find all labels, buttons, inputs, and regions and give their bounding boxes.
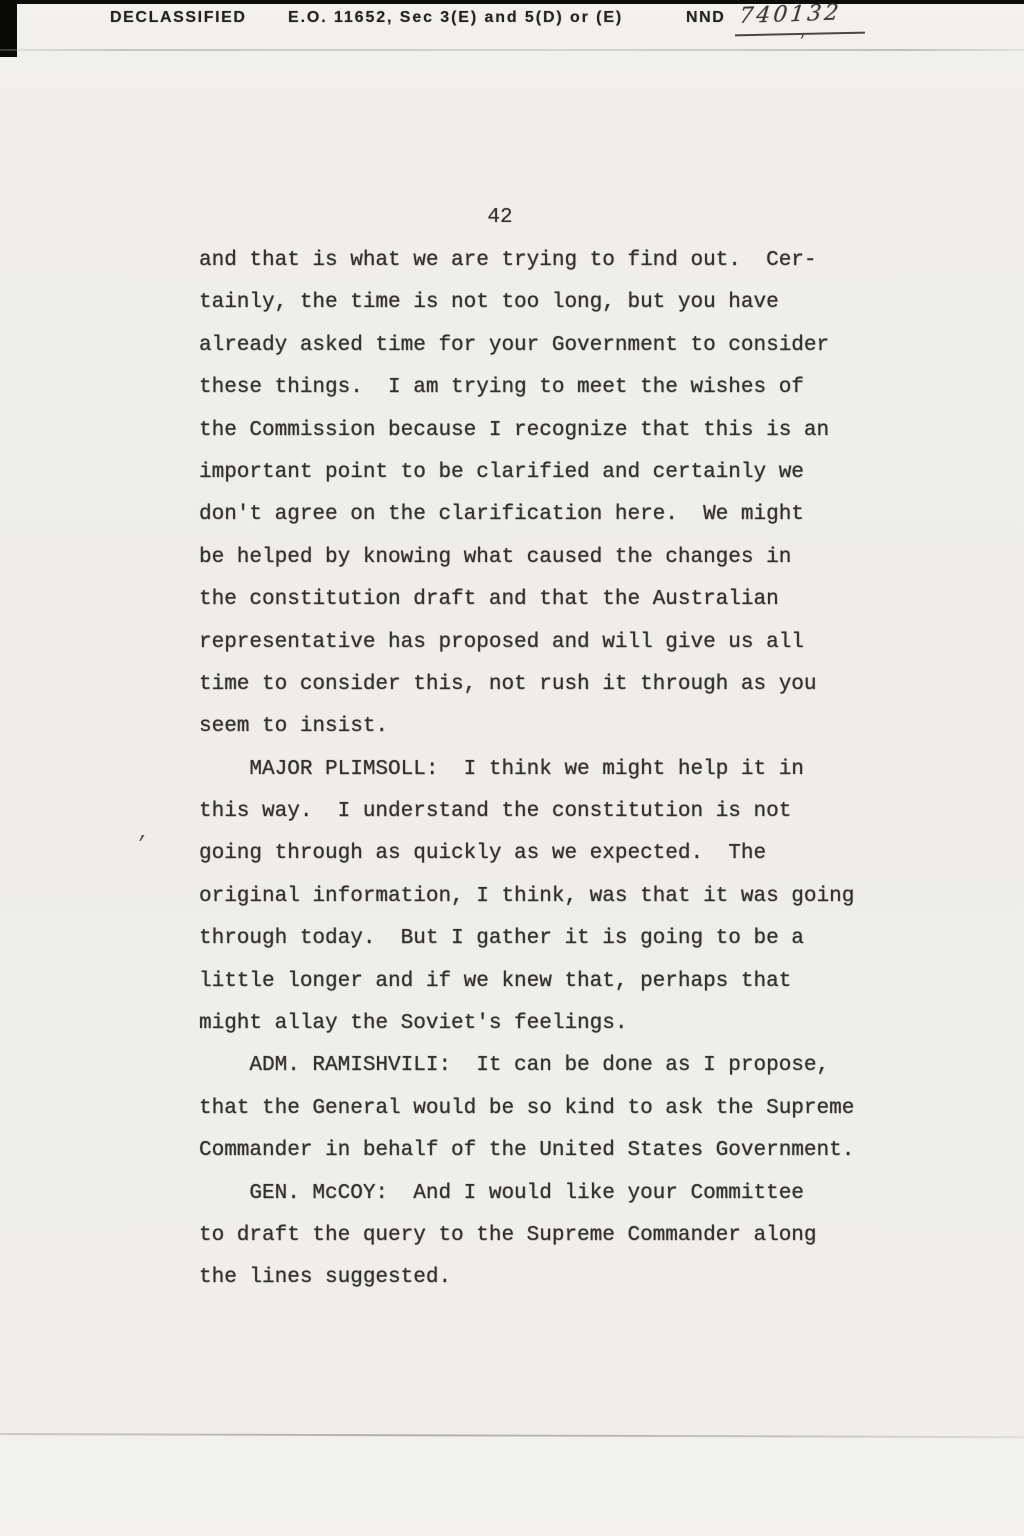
text-line: already asked time for your Government t… [199,325,879,367]
text-line: that the General would be so kind to ask… [199,1088,879,1130]
nnd-label: NND [686,9,725,27]
paper-crease-line-top [0,49,1024,51]
text-line: original information, I think, was that … [199,876,879,918]
text-line: don't agree on the clarification here. W… [199,494,879,536]
typewritten-text: and that is what we are trying to find o… [199,240,879,1300]
text-line: tainly, the time is not too long, but yo… [199,282,879,324]
text-line: and that is what we are trying to find o… [199,240,879,282]
text-line: MAJOR PLIMSOLL: I think we might help it… [199,749,879,791]
stray-ink-mark: , [136,821,151,845]
executive-order-text: E.O. 11652, Sec 3(E) and 5(D) or (E) [288,9,623,27]
text-line: Commander in behalf of the United States… [199,1130,879,1172]
text-line: going through as quickly as we expected.… [199,833,879,875]
text-line: the Commission because I recognize that … [199,410,879,452]
text-line: important point to be clarified and cert… [199,452,879,494]
nnd-number-handwritten: 740132 , [738,4,868,40]
nnd-number-value: 740132 [738,0,843,29]
text-line: little longer and if we knew that, perha… [199,961,879,1003]
text-line: the lines suggested. [199,1257,879,1299]
text-line: seem to insist. [199,706,879,748]
text-line: might allay the Soviet's feelings. [199,1003,879,1045]
declassified-label: DECLASSIFIED [110,9,247,27]
text-line: GEN. McCOY: And I would like your Commit… [199,1173,879,1215]
text-line: these things. I am trying to meet the wi… [199,367,879,409]
text-line: to draft the query to the Supreme Comman… [199,1215,879,1257]
declassification-stamp: DECLASSIFIED E.O. 11652, Sec 3(E) and 5(… [0,0,1024,50]
text-line: this way. I understand the constitution … [199,791,879,833]
text-line: the constitution draft and that the Aust… [199,579,879,621]
handwriting-stroke: , [800,22,805,41]
text-line: representative has proposed and will giv… [199,622,879,664]
text-line: be helped by knowing what caused the cha… [199,537,879,579]
page-number: 42 [0,206,1000,229]
text-line: ADM. RAMISHVILI: It can be done as I pro… [199,1045,879,1087]
text-line: through today. But I gather it is going … [199,918,879,960]
text-line: time to consider this, not rush it throu… [199,664,879,706]
paper-bottom-margin [0,1436,1024,1536]
scanned-document-page: DECLASSIFIED E.O. 11652, Sec 3(E) and 5(… [0,0,1024,1536]
